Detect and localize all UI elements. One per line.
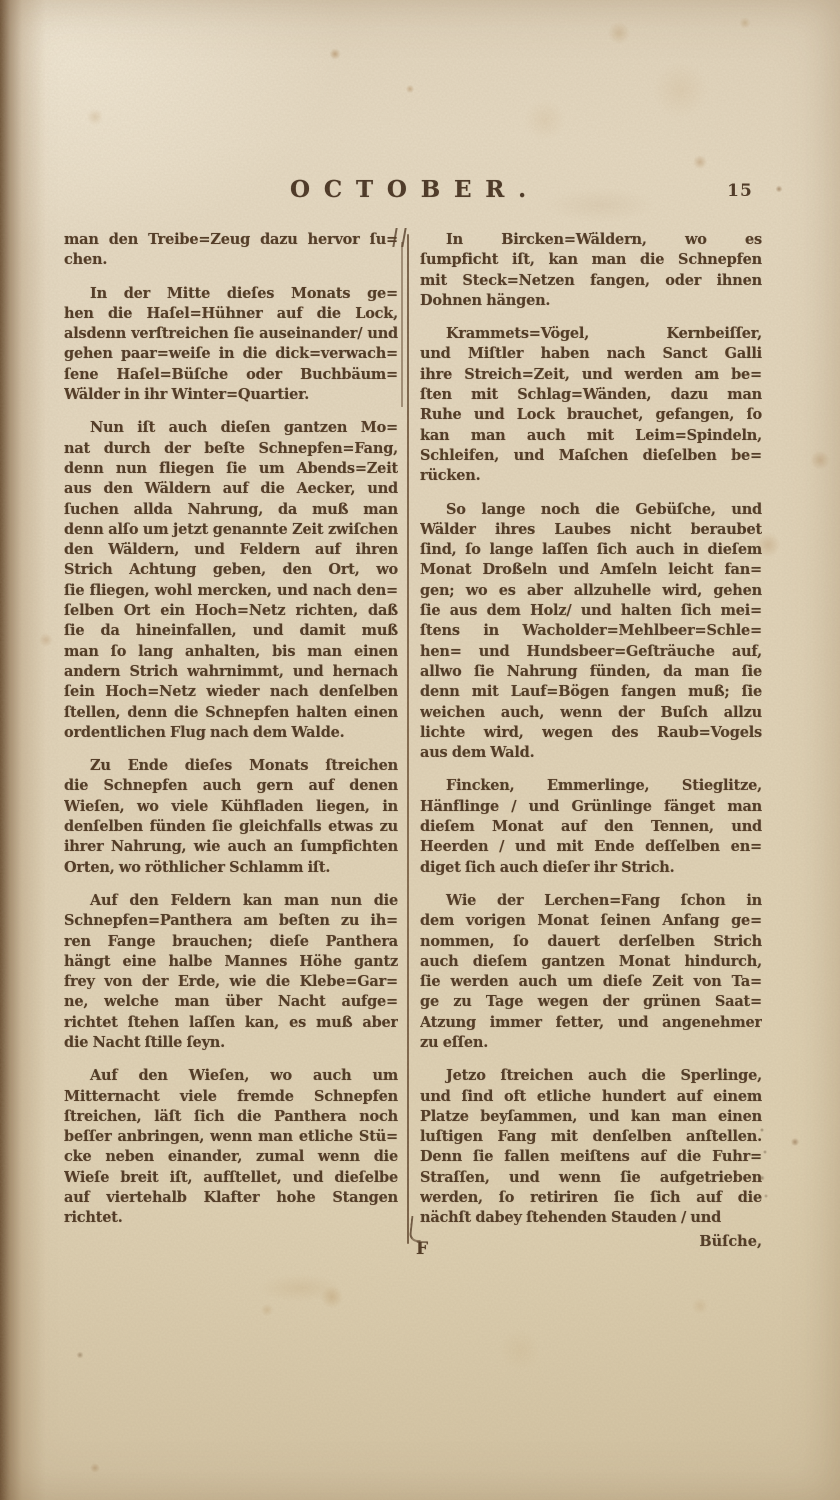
text-line: Auf den Wieſen, wo auch um: [64, 1066, 398, 1086]
text-line: und ſind oft etliche hundert auf einem: [420, 1087, 762, 1107]
text-line: richtet.: [64, 1208, 398, 1228]
text-line: Nun iſt auch dieſen gantzen Mo=: [64, 418, 398, 438]
text-line: Auf den Feldern kan man nun die: [64, 891, 398, 911]
text-line: ſelben Ort ein Hoch=Netz richten, daß: [64, 601, 398, 621]
text-line: ſumpficht iſt, kan man die Schnepfen: [420, 250, 762, 270]
text-line: So lange noch die Gebüſche, und: [420, 500, 762, 520]
text-line: ſuchen allda Nahrung, da muß man: [64, 500, 398, 520]
text-line: lichte wird, wegen des Raub=Vogels: [420, 723, 762, 743]
paragraph: Auf den Wieſen, wo auch umMitternacht vi…: [64, 1066, 398, 1228]
text-line: ihrer Nahrung, wie auch an ſumpfichten: [64, 837, 398, 857]
text-line: Strich Achtung geben, den Ort, wo: [64, 560, 398, 580]
text-line: ſie aus dem Holz/ und halten ſich mei=: [420, 601, 762, 621]
text-line: Heerden / und mit Ende deſſelben en=: [420, 837, 762, 857]
text-line: Fincken, Emmerlinge, Stieglitze,: [420, 776, 762, 796]
paragraph: Zu Ende dieſes Monats ſtreichendie Schne…: [64, 756, 398, 878]
page-header-month: OCTOBER.: [290, 176, 540, 203]
text-line: In Bircken=Wäldern, wo es: [420, 230, 762, 250]
text-line: cke neben einander, zumal wenn die: [64, 1147, 398, 1167]
text-line: Monat Droßeln und Amſeln leicht fan=: [420, 560, 762, 580]
text-line: andern Strich wahrnimmt, und hernach: [64, 662, 398, 682]
paragraph: Krammets=Vögel, Kernbeiſſer,und Miſtler …: [420, 324, 762, 486]
text-line: auf viertehalb Klafter hohe Stangen: [64, 1188, 398, 1208]
column-divider-rule: [407, 234, 409, 1244]
text-line: ſtreichen, läſt ſich die Panthera noch: [64, 1107, 398, 1127]
column-divider-top-mark: [392, 228, 406, 247]
text-line: mit Steck=Netzen fangen, oder ihnen: [420, 271, 762, 291]
text-line: man ſo lang anhalten, bis man einen: [64, 642, 398, 662]
text-line: diget ſich auch dieſer ihr Strich.: [420, 858, 762, 878]
text-line: weichen auch, wenn der Buſch allzu: [420, 703, 762, 723]
text-line: richtet ſtehen laſſen kan, es muß aber: [64, 1013, 398, 1033]
paragraph: In Bircken=Wäldern, wo esſumpficht iſt, …: [420, 230, 762, 311]
text-line: chen.: [64, 250, 398, 270]
text-line: ſene Haſel=Büſche oder Buchbäum=: [64, 365, 398, 385]
text-line: aus dem Wald.: [420, 743, 762, 763]
paragraph: Fincken, Emmerlinge, Stieglitze,Hänfling…: [420, 776, 762, 877]
text-line: Platze beyſammen, und kan man einen: [420, 1107, 762, 1127]
text-line: dem vorigen Monat ſeinen Anfang ge=: [420, 911, 762, 931]
text-line: zu eſſen.: [420, 1033, 762, 1053]
catchword: Büſche,: [420, 1233, 762, 1250]
left-text-column: man den Treibe=Zeug dazu hervor ſu=chen.…: [64, 230, 398, 1229]
text-line: ge zu Tage wegen der grünen Saat=: [420, 992, 762, 1012]
text-line: Wieſe breit iſt, aufſtellet, und dieſelb…: [64, 1168, 398, 1188]
text-line: ſein Hoch=Netz wieder nach denſelben: [64, 682, 398, 702]
text-line: denſelben fünden ſie gleichfalls etwas z…: [64, 817, 398, 837]
text-line: ſten mit Schlag=Wänden, dazu man: [420, 385, 762, 405]
text-line: Jetzo ſtreichen auch die Sperlinge,: [420, 1066, 762, 1086]
text-line: Dohnen hängen.: [420, 291, 762, 311]
text-line: hängt eine halbe Mannes Höhe gantz: [64, 952, 398, 972]
text-line: hen= und Hundsbeer=Geſträuche auf,: [420, 642, 762, 662]
text-line: Atzung immer fetter, und angenehmer: [420, 1013, 762, 1033]
text-line: nommen, ſo dauert derſelben Strich: [420, 932, 762, 952]
text-line: denn mit Lauf=Bögen fangen muß; ſie: [420, 682, 762, 702]
text-line: Straſſen, und wenn ſie aufgetrieben: [420, 1168, 762, 1188]
text-line: Wie der Lerchen=Fang ſchon in: [420, 891, 762, 911]
page-number: 15: [720, 181, 760, 201]
text-line: aus den Wäldern auf die Aecker, und: [64, 479, 398, 499]
text-line: kan man auch mit Leim=Spindeln,: [420, 426, 762, 446]
text-line: ſtellen, denn die Schnepfen halten einen: [64, 703, 398, 723]
text-line: Krammets=Vögel, Kernbeiſſer,: [420, 324, 762, 344]
text-line: In der Mitte dieſes Monats ge=: [64, 284, 398, 304]
text-line: ſie werden auch um dieſe Zeit von Ta=: [420, 972, 762, 992]
text-line: Orten, wo röthlicher Schlamm iſt.: [64, 858, 398, 878]
paragraph: In der Mitte dieſes Monats ge=hen die Ha…: [64, 284, 398, 406]
text-line: ihre Streich=Zeit, und werden am be=: [420, 365, 762, 385]
text-line: man den Treibe=Zeug dazu hervor ſu=: [64, 230, 398, 250]
text-line: Ruhe und Lock brauchet, gefangen, ſo: [420, 405, 762, 425]
text-line: nat durch der beſte Schnepfen=Fang,: [64, 439, 398, 459]
text-line: denn nun fliegen ſie um Abends=Zeit: [64, 459, 398, 479]
text-line: auch dieſem gantzen Monat hindurch,: [420, 952, 762, 972]
paragraph: Nun iſt auch dieſen gantzen Mo=nat durch…: [64, 418, 398, 743]
paragraph: Wie der Lerchen=Fang ſchon indem vorigen…: [420, 891, 762, 1053]
text-line: allwo ſie Nahrung fünden, da man ſie: [420, 662, 762, 682]
text-line: ſtens in Wacholder=Mehlbeer=Schle=: [420, 621, 762, 641]
paragraph: man den Treibe=Zeug dazu hervor ſu=chen.: [64, 230, 398, 271]
text-line: ren Fange brauchen; dieſe Panthera: [64, 932, 398, 952]
paragraph: Jetzo ſtreichen auch die Sperlinge,und ſ…: [420, 1066, 762, 1228]
text-line: den Wäldern, und Feldern auf ihren: [64, 540, 398, 560]
text-line: werden, ſo retiriren ſie ſich auf die: [420, 1188, 762, 1208]
text-line: denn alſo um jetzt genannte Zeit zwiſche…: [64, 520, 398, 540]
text-line: Schleifen, und Maſchen dieſelben be=: [420, 446, 762, 466]
text-line: alsdenn verſtreichen ſie auseinander/ un…: [64, 324, 398, 344]
text-line: Schnepfen=Panthera am beſten zu ih=: [64, 911, 398, 931]
text-line: Zu Ende dieſes Monats ſtreichen: [64, 756, 398, 776]
right-text-column: In Bircken=Wäldern, wo esſumpficht iſt, …: [420, 230, 762, 1229]
paragraph: Auf den Feldern kan man nun dieSchnepfen…: [64, 891, 398, 1053]
text-line: gen; wo es aber allzuhelle wird, gehen: [420, 581, 762, 601]
text-line: gehen paar=weiſe in die dick=verwach=: [64, 344, 398, 364]
text-line: ſie da hineinfallen, und damit muß: [64, 621, 398, 641]
text-line: Denn ſie fallen meiſtens auf die Fuhr=: [420, 1147, 762, 1167]
text-line: die Nacht ſtille ſeyn.: [64, 1033, 398, 1053]
text-line: ne, welche man über Nacht aufge=: [64, 992, 398, 1012]
text-line: beſſer anbringen, wenn man etliche Stü=: [64, 1127, 398, 1147]
book-page: OCTOBER. 15 man den Treibe=Zeug dazu her…: [0, 0, 840, 1500]
text-line: Wieſen, wo viele Kühfladen liegen, in: [64, 797, 398, 817]
text-line: die Schnepfen auch gern auf denen: [64, 776, 398, 796]
text-line: Hänflinge / und Grünlinge fänget man: [420, 797, 762, 817]
text-line: hen die Haſel=Hühner auf die Lock,: [64, 304, 398, 324]
text-line: luſtigen Fang mit denſelben anſtellen.: [420, 1127, 762, 1147]
text-line: rücken.: [420, 466, 762, 486]
text-line: Mitternacht viele fremde Schnepfen: [64, 1087, 398, 1107]
text-line: und Miſtler haben nach Sanct Galli: [420, 344, 762, 364]
text-line: ſie fliegen, wohl mercken, und nach den=: [64, 581, 398, 601]
text-line: dieſem Monat auf den Tennen, und: [420, 817, 762, 837]
text-line: Wälder ihres Laubes nicht beraubet: [420, 520, 762, 540]
text-line: Wälder in ihr Winter=Quartier.: [64, 385, 398, 405]
text-line: ordentlichen Flug nach dem Walde.: [64, 723, 398, 743]
column-divider-rule-secondary: [401, 242, 403, 407]
paragraph: So lange noch die Gebüſche, undWälder ih…: [420, 500, 762, 764]
text-line: nächſt dabey ſtehenden Stauden / und: [420, 1208, 762, 1228]
text-line: frey von der Erde, wie die Klebe=Gar=: [64, 972, 398, 992]
text-line: ſind, ſo lange laſſen ſich auch in dieſe…: [420, 540, 762, 560]
